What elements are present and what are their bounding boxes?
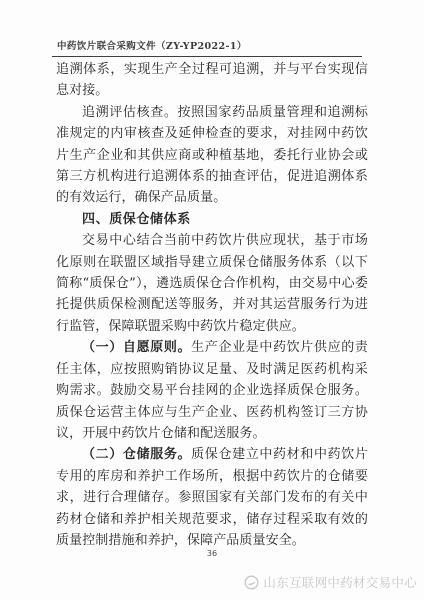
- paragraph-traceability-continuation: 追溯体系，实现生产全过程可追溯，并与平台实现信息对接。: [56, 59, 368, 102]
- page-number: 36: [0, 549, 424, 558]
- paragraph-text-storage-service: 质保仓建立中药材和中药饮片专用的库房和养护工作场所，根据中药饮片的仓储要求，进行…: [56, 447, 368, 548]
- paragraph-lead-storage-service: （二）仓储服务。: [82, 447, 191, 462]
- paragraph-voluntary-principle: （一）自愿原则。生产企业是中药饮片供应的责任主体，应按照购销协议足量、及时满足医…: [56, 337, 368, 444]
- paragraph-warehouse-system-intro: 交易中心结合当前中药饮片供应现状，基于市场化原则在联盟区域指导建立质保仓储服务体…: [56, 230, 368, 337]
- swirl-logo-icon: [244, 575, 259, 590]
- paragraph-lead-voluntary-principle: （一）自愿原则。: [82, 340, 191, 355]
- paragraph-storage-service: （二）仓储服务。质保仓建立中药材和中药饮片专用的库房和养护工作场所，根据中药饮片…: [56, 444, 368, 551]
- document-page: 中药饮片联合采购文件（ZY-YP2022-1） 追溯体系，实现生产全过程可追溯，…: [0, 0, 424, 600]
- paragraph-trace-evaluation: 追溯评估核查。按照国家药品质量管理和追溯标准规定的内审核查及延伸检查的要求，对挂…: [56, 102, 368, 209]
- paragraph-text-voluntary-principle: 生产企业是中药饮片供应的责任主体，应按照购销协议足量、及时满足医药机构采购需求。…: [56, 340, 368, 441]
- running-head: 中药饮片联合采购文件（ZY-YP2022-1）: [52, 38, 362, 57]
- watermark: 山东互联网中药材交易中心: [244, 573, 417, 591]
- watermark-text: 山东互联网中药材交易中心: [263, 573, 417, 591]
- document-body: 追溯体系，实现生产全过程可追溯，并与平台实现信息对接。 追溯评估核查。按照国家药…: [56, 59, 368, 551]
- section-heading-quality-warehouse: 四、质保仓储体系: [56, 209, 368, 230]
- running-head-label: 中药饮片联合采购文件（ZY-YP2022-1）: [57, 41, 247, 52]
